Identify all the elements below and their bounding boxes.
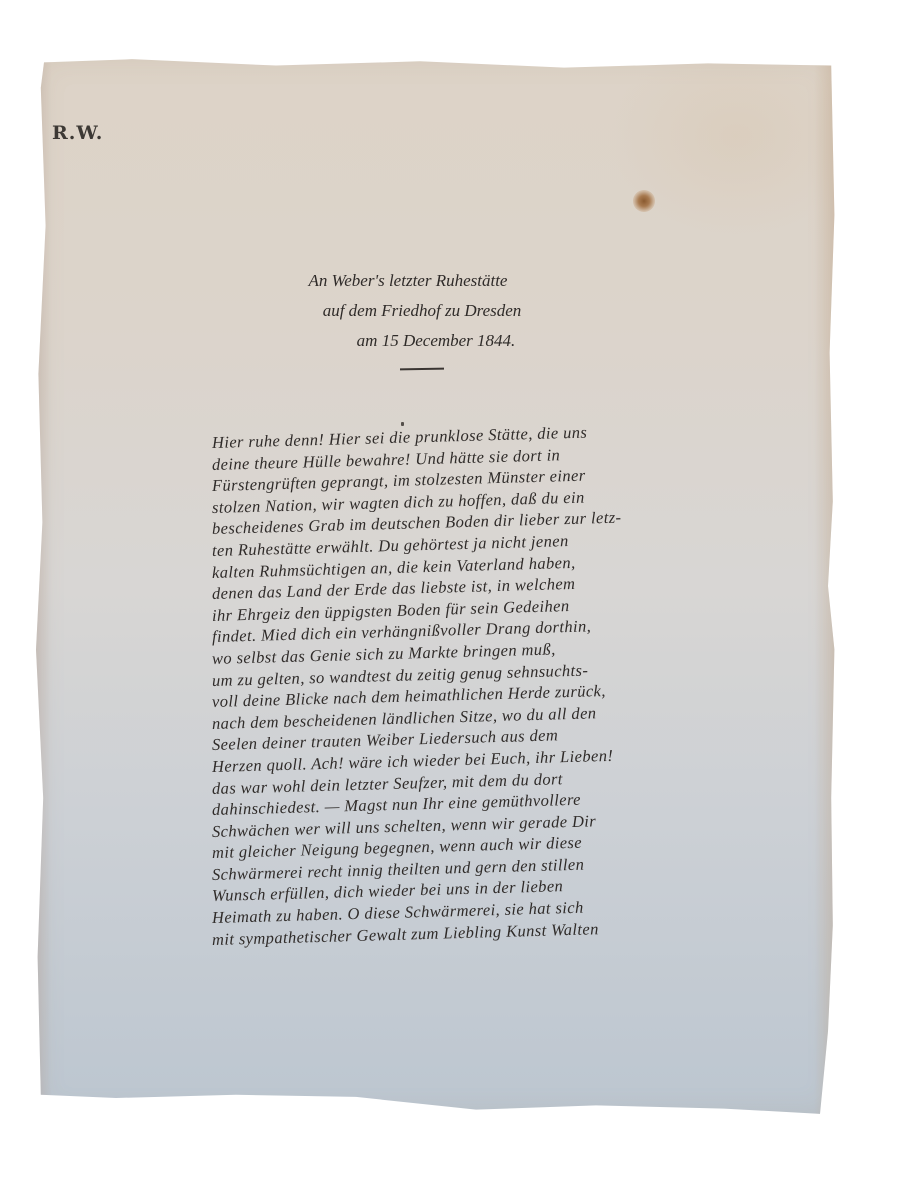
letter-heading: An Weber's letzter Ruhestätte auf dem Fr… bbox=[206, 266, 626, 356]
ink-dot bbox=[401, 422, 404, 426]
letter-sheet: R.W. An Weber's letzter Ruhestätte auf d… bbox=[36, 56, 836, 1116]
heading-divider bbox=[400, 368, 444, 371]
letter-body: Hier ruhe denn! Hier sei die prunklose S… bbox=[212, 432, 822, 950]
heading-line-1: An Weber's letzter Ruhestätte bbox=[198, 266, 618, 296]
monogram: R.W. bbox=[52, 122, 103, 144]
ink-stain-spot bbox=[633, 190, 655, 212]
heading-line-2: auf dem Friedhof zu Dresden bbox=[212, 296, 632, 326]
paper-left-edge-shadow bbox=[36, 56, 52, 1116]
heading-line-3-date: am 15 December 1844. bbox=[226, 326, 646, 356]
photo-stage: R.W. An Weber's letzter Ruhestätte auf d… bbox=[0, 0, 900, 1200]
